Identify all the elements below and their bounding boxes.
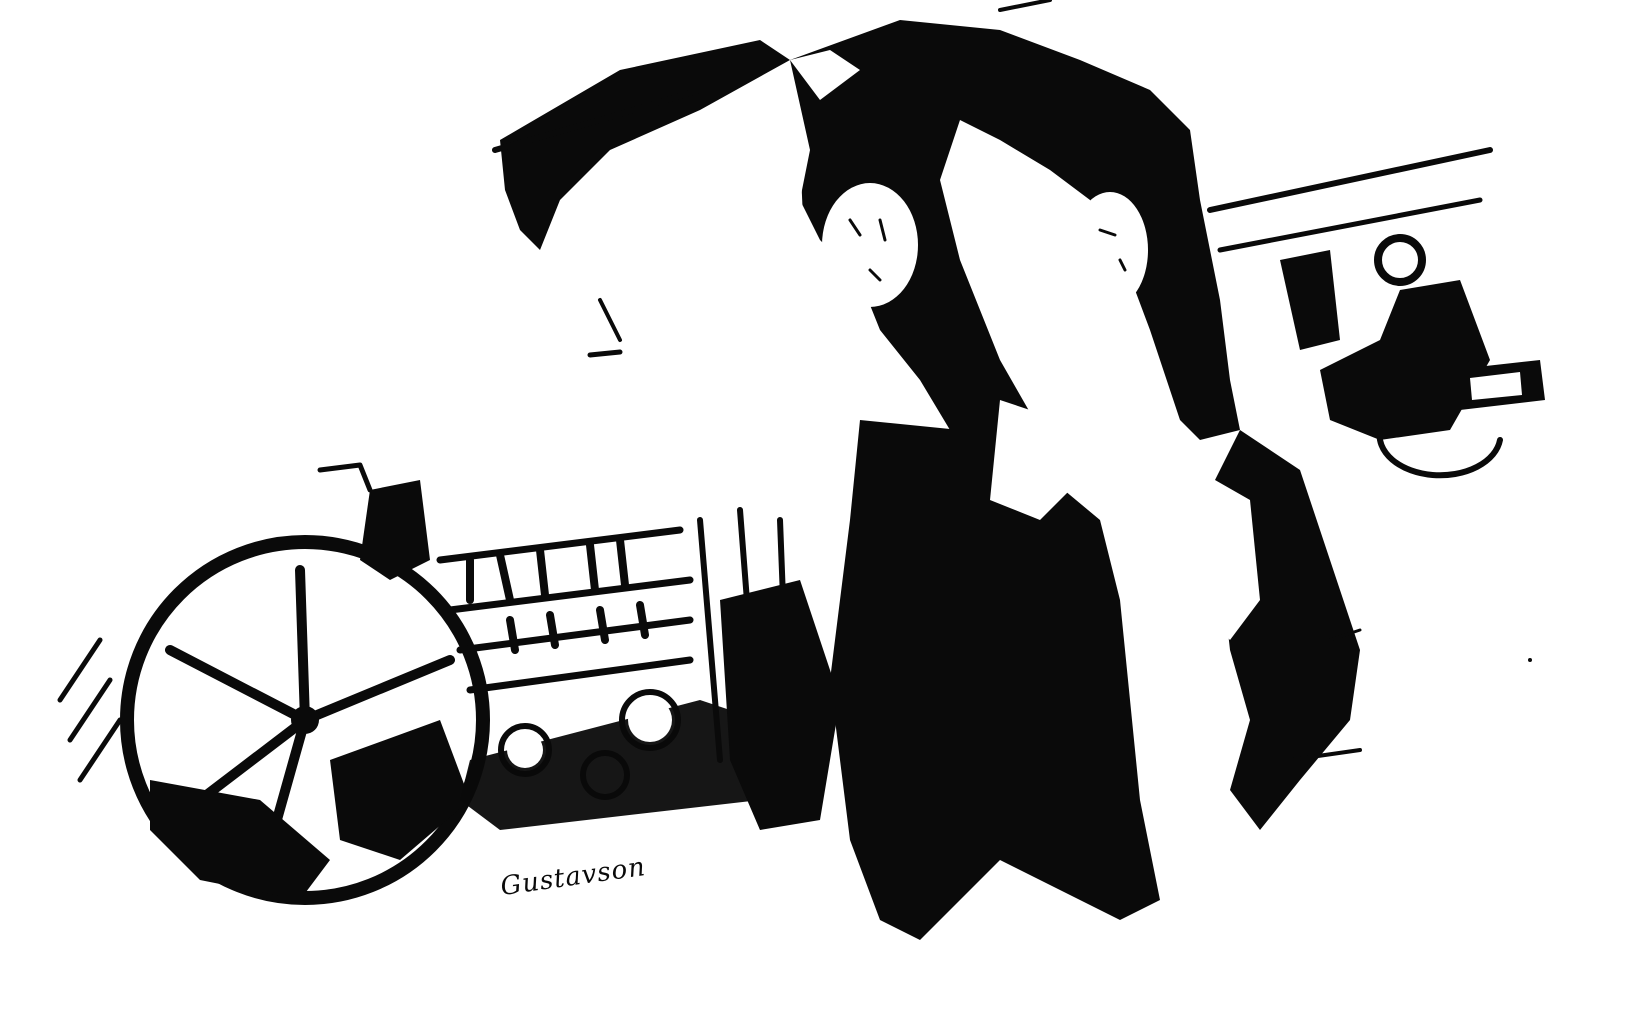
right-control-panel (1210, 150, 1545, 475)
ink-illustration (0, 0, 1640, 1012)
steering-wheel (60, 542, 483, 900)
ceiling-sweep (495, 40, 790, 355)
dashboard-panel (320, 465, 690, 690)
